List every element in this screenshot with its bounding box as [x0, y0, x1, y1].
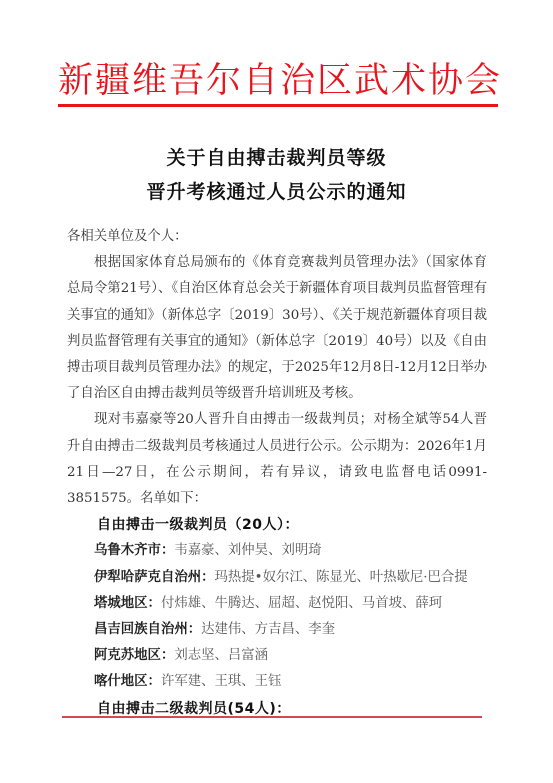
region-row-urumqi: 乌鲁木齐市：韦嘉豪、刘仲昊、刘明琦	[67, 538, 487, 564]
referee-names: 刘志坚、吕富涵	[174, 648, 268, 663]
salutation: 各相关单位及个人：	[67, 224, 487, 250]
referee-names: 付炜雄、牛腾达、屈超、赵悦阳、马首坡、薛珂	[161, 596, 442, 611]
referee-names: 玛热提•奴尔江、陈显光、叶热歇尼·巴合提	[215, 570, 468, 585]
region-row-aksu: 阿克苏地区：刘志坚、吕富涵	[67, 643, 487, 669]
region-name: 伊犁哈萨克自治州：	[94, 570, 215, 585]
paragraph-regulations: 根据国家体育总局颁布的《体育竞赛裁判员管理办法》（国家体育总局令第21号）、《自…	[67, 250, 487, 407]
section-heading-level-1: 自由搏击一级裁判员（20人）：	[67, 512, 487, 538]
document-title-line-1: 关于自由搏击裁判员等级	[0, 143, 553, 170]
region-name: 塔城地区：	[94, 596, 161, 611]
region-name: 昌吉回族自治州：	[94, 622, 201, 637]
footer-red-rule	[62, 716, 482, 718]
region-name: 喀什地区：	[94, 674, 161, 689]
referee-names: 许军建、王琪、王钰	[161, 674, 282, 689]
region-row-ili: 伊犁哈萨克自治州：玛热提•奴尔江、陈显光、叶热歇尼·巴合提	[67, 565, 487, 591]
region-row-kashgar: 喀什地区：许军建、王琪、王钰	[67, 669, 487, 695]
referee-names: 韦嘉豪、刘仲昊、刘明琦	[174, 543, 321, 558]
masthead-red-rule	[58, 104, 498, 107]
document-title-line-2: 晋升考核通过人员公示的通知	[0, 177, 553, 204]
region-row-tacheng: 塔城地区：付炜雄、牛腾达、屈超、赵悦阳、马首坡、薛珂	[67, 591, 487, 617]
organization-masthead: 新疆维吾尔自治区武术协会	[58, 60, 498, 102]
document-body: 各相关单位及个人： 根据国家体育总局颁布的《体育竞赛裁判员管理办法》（国家体育总…	[67, 224, 487, 722]
region-name: 乌鲁木齐市：	[94, 543, 174, 558]
region-row-changji: 昌吉回族自治州：达建伟、方吉昌、李奎	[67, 617, 487, 643]
paragraph-announcement: 现对韦嘉豪等20人晋升自由搏击一级裁判员；对杨全斌等54人晋升自由搏击二级裁判员…	[67, 407, 487, 512]
referee-names: 达建伟、方吉昌、李奎	[201, 622, 335, 637]
region-name: 阿克苏地区：	[94, 648, 174, 663]
